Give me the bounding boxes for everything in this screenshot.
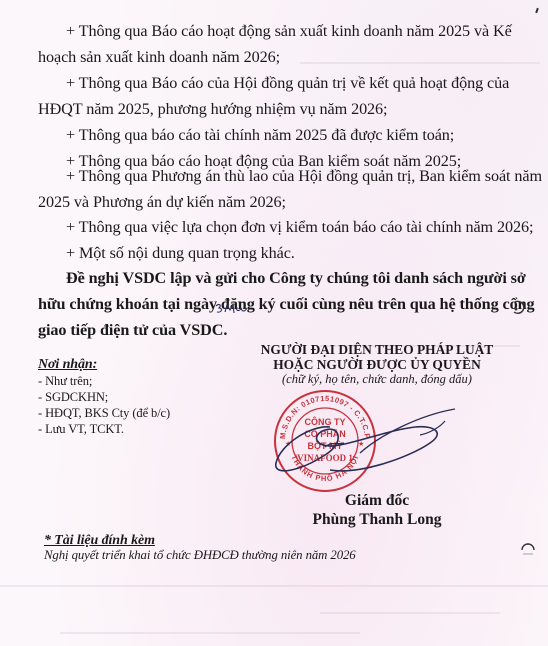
representative-title: NGƯỜI ĐẠI DIỆN THEO PHÁP LUẬT [252, 342, 502, 357]
recipient-item: - SGDCKHN; [38, 390, 108, 405]
agenda-item-line: 2025 và Phương án dự kiến năm 2026; [38, 192, 286, 212]
recipient-item: - Lưu VT, TCKT. [38, 422, 124, 437]
document-page: + Thông qua Báo cáo hoạt động sản xuất k… [0, 0, 548, 646]
bleed-through-line [0, 585, 548, 587]
bleed-through-line [60, 632, 360, 634]
request-paragraph-line: giao tiếp điện tử của VSDC. [38, 320, 227, 340]
handwritten-initials [214, 300, 254, 316]
representative-title: HOẶC NGƯỜI ĐƯỢC ỦY QUYỀN [252, 357, 502, 372]
scan-speck [535, 8, 539, 13]
agenda-item-line: + Thông qua Báo cáo của Hội đồng quản tr… [66, 73, 485, 93]
bleed-through-line [300, 62, 540, 64]
recipient-item: - HĐQT, BKS Cty (để b/c) [38, 406, 170, 421]
recipient-item: - Như trên; [38, 374, 92, 389]
attachment-item: Nghị quyết triển khai tổ chức ĐHĐCĐ thườ… [44, 548, 356, 563]
handwritten-signature [270, 405, 460, 485]
agenda-item-line: + Thông qua Báo cáo hoạt động sản xuất k… [66, 21, 485, 41]
agenda-item-line: + Một số nội dung quan trọng khác. [66, 243, 295, 263]
agenda-item-line: hoạch sản xuất kinh doanh năm 2026; [38, 47, 280, 67]
agenda-item-line: HĐQT năm 2025, phương hướng nhiệm vụ năm… [38, 99, 387, 119]
agenda-item-line: + Thông qua việc lựa chọn đơn vị kiểm to… [66, 217, 533, 237]
punch-hole-mark [510, 299, 526, 315]
agenda-item-line: + Thông qua báo cáo tài chính năm 2025 đ… [66, 125, 454, 145]
request-paragraph-line: hữu chứng khoán tại ngày đăng ký cuối cù… [38, 294, 485, 314]
signature-instruction: (chữ ký, họ tên, chức danh, đóng dấu) [252, 372, 502, 387]
bleed-through-line [320, 612, 500, 614]
signer-position: Giám đốc [262, 491, 492, 510]
recipients-title: Nơi nhận: [38, 355, 97, 375]
agenda-item-line: + Thông qua Phương án thù lao của Hội đồ… [66, 166, 485, 186]
request-paragraph-line: Đề nghị VSDC lập và gửi cho Công ty chún… [66, 268, 485, 288]
punch-hole-mark [520, 541, 536, 557]
signer-name: Phùng Thanh Long [262, 510, 492, 529]
